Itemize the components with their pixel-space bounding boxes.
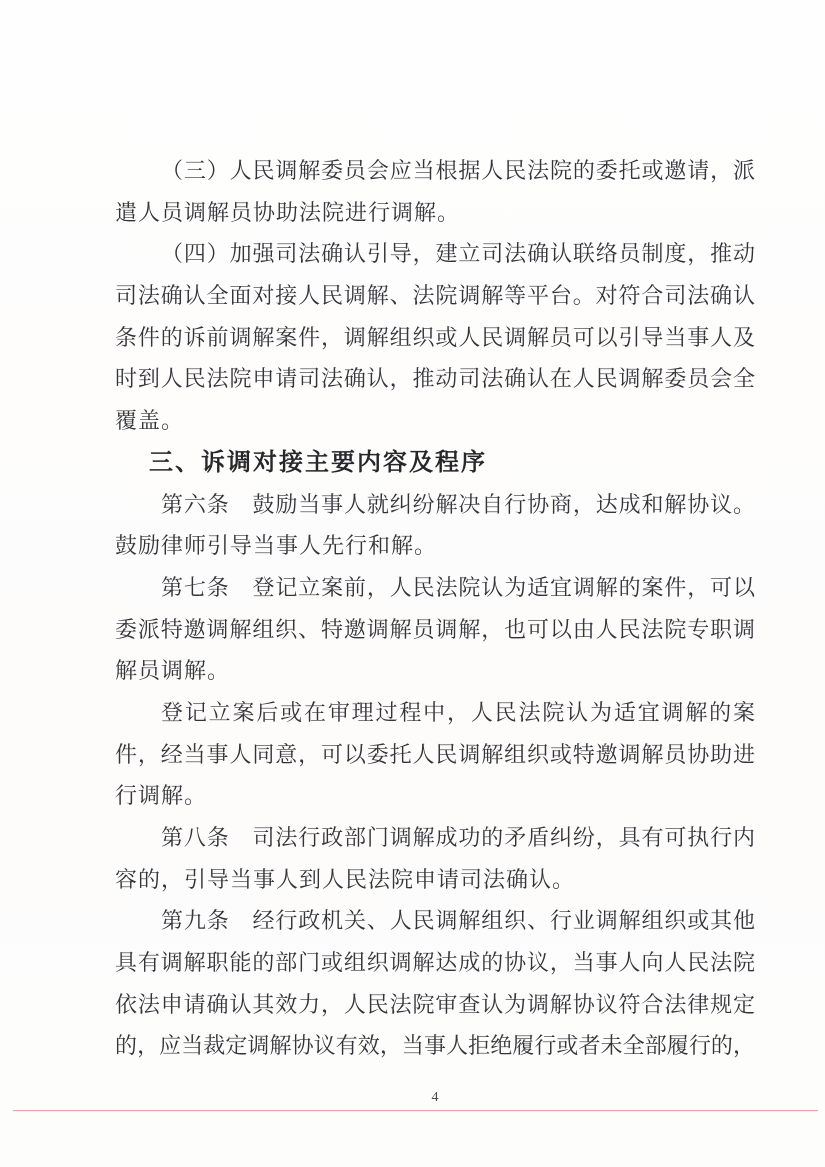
paragraph-line: 司法确认全面对接人民调解、法院调解等平台。对符合司法确认 — [115, 275, 755, 317]
document-body: （三）人民调解委员会应当根据人民法院的委托或邀请，派 遣人员调解员协助法院进行调… — [115, 150, 755, 1067]
page-number: 4 — [115, 1090, 755, 1106]
paragraph-line: 行调解。 — [115, 775, 755, 817]
paragraph-line: 件，经当事人同意，可以委托人民调解组织或特邀调解员协助进 — [115, 734, 755, 776]
paragraph-line: 第九条 经行政机关、人民调解组织、行业调解组织或其他 — [115, 900, 755, 942]
paragraph-line: 第八条 司法行政部门调解成功的矛盾纠纷，具有可执行内 — [115, 817, 755, 859]
paragraph-line: 解员调解。 — [115, 650, 755, 692]
paragraph-line: 第七条 登记立案前，人民法院认为适宜调解的案件，可以 — [115, 567, 755, 609]
paragraph-line: 登记立案后或在审理过程中，人民法院认为适宜调解的案 — [115, 692, 755, 734]
paragraph-line: 具有调解职能的部门或组织调解达成的协议，当事人向人民法院 — [115, 942, 755, 984]
paragraph-line: 覆盖。 — [115, 400, 755, 442]
scanned-document-page: （三）人民调解委员会应当根据人民法院的委托或邀请，派 遣人员调解员协助法院进行调… — [0, 0, 825, 1167]
paragraph-line: 委派特邀调解组织、特邀调解员调解，也可以由人民法院专职调 — [115, 609, 755, 651]
paragraph-line: 第六条 鼓励当事人就纠纷解决自行协商，达成和解协议。 — [115, 484, 755, 526]
paragraph-line: （四）加强司法确认引导，建立司法确认联络员制度，推动 — [115, 233, 755, 275]
paragraph-line: （三）人民调解委员会应当根据人民法院的委托或邀请，派 — [115, 150, 755, 192]
paragraph-line: 遣人员调解员协助法院进行调解。 — [115, 192, 755, 234]
section-heading: 三、诉调对接主要内容及程序 — [115, 442, 755, 484]
paragraph-line: 容的，引导当事人到人民法院申请司法确认。 — [115, 859, 755, 901]
paragraph-line: 鼓励律师引导当事人先行和解。 — [115, 525, 755, 567]
paragraph-line: 依法申请确认其效力，人民法院审查认为调解协议符合法律规定 — [115, 984, 755, 1026]
paragraph-line: 时到人民法院申请司法确认，推动司法确认在人民调解委员会全 — [115, 358, 755, 400]
paragraph-line: 条件的诉前调解案件，调解组织或人民调解员可以引导当事人及 — [115, 317, 755, 359]
paragraph-line: 的，应当裁定调解协议有效，当事人拒绝履行或者未全部履行的， — [115, 1025, 755, 1067]
footer-rule-line — [13, 1110, 818, 1111]
